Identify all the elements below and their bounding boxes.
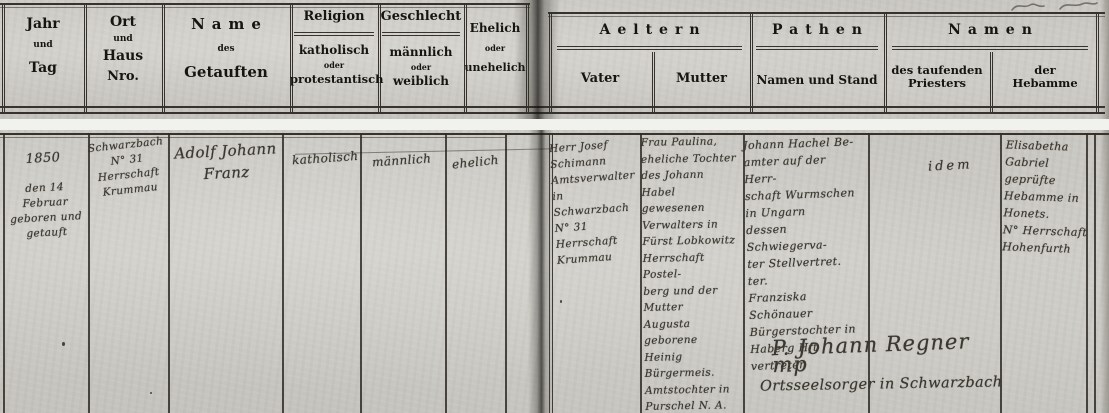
header-col-jahr-tag: Jahr und Tag	[2, 0, 84, 119]
header-label-tag: Tag	[2, 60, 84, 76]
header-label-maennlich: männlich	[378, 46, 464, 60]
priest-signature-line1: P. Johann Regner mp	[771, 332, 1012, 373]
header-rule-aeltern	[557, 46, 742, 50]
cell-mutter: Frau Paulina, eheliche Tochter des Johan…	[641, 133, 744, 413]
ink-speck-2	[560, 300, 562, 303]
header-label-vater: Vater	[549, 72, 651, 87]
header-rule-religion	[294, 32, 374, 36]
header-label-name: Name	[162, 16, 290, 33]
header-col-ort-haus: Ort und Haus Nro.	[84, 0, 162, 119]
cell-ehelich: ehelich	[451, 151, 502, 173]
baptism-register-scan: Jahr und Tag Ort und Haus Nro. Name des …	[0, 0, 1109, 413]
header-label-katholisch: katholisch	[290, 44, 378, 58]
header-label-hebamme: der Hebamme	[994, 64, 1096, 90]
book-fold-gutter-header	[514, 0, 560, 119]
record-line-2	[168, 133, 170, 413]
record-top-rule	[0, 133, 1109, 135]
header-label-jahr: Jahr	[2, 16, 84, 32]
header-label-taufender-priester: des taufenden Priesters	[884, 64, 990, 90]
book-fold-gutter-body	[528, 130, 554, 413]
record-strip: 1850 den 14 Februar geboren und getauft …	[0, 130, 1109, 413]
record-line-left-page-edge	[505, 133, 507, 413]
cell-jahr-tag: 1850 den 14 Februar geboren und getauft	[3, 134, 87, 258]
cell-ort-haus: Schwarzbach N° 31 Herrschaft Krummau	[87, 134, 169, 202]
header-label-und-1: und	[2, 40, 84, 50]
cell-religion: katholisch	[292, 148, 363, 169]
record-year: 1850	[4, 149, 83, 168]
cell-name-des-getauften: Adolf Johann Franz	[169, 137, 283, 187]
ink-speck-1	[62, 342, 65, 346]
header-label-protestantisch: protestantisch	[290, 73, 378, 86]
header-sep-right-edge	[1096, 12, 1099, 114]
page-right-edge-header	[1100, 0, 1109, 119]
record-line-1	[88, 133, 90, 413]
header-label-namen: Namen	[884, 22, 1096, 38]
header-rule-pathen	[756, 46, 878, 50]
record-line-8	[868, 133, 870, 413]
header-label-des: des	[162, 44, 290, 54]
header-col-name-getauften: Name des Getauften	[162, 0, 290, 119]
record-line-4	[360, 133, 362, 413]
header-label-namen-und-stand: Namen und Stand	[750, 74, 884, 88]
header-label-ort: Ort	[84, 14, 162, 30]
header-label-pathen: Pathen	[750, 22, 884, 38]
header-label-geschlecht: Geschlecht	[378, 10, 464, 25]
header-label-oder-2: oder	[378, 63, 464, 72]
cell-hebamme: Elisabetha Gabriel geprüfte Hebamme in H…	[1002, 136, 1104, 258]
header-label-haus: Haus	[84, 48, 162, 64]
record-line-9	[1000, 133, 1002, 413]
record-date-lines: den 14 Februar geboren und getauft	[5, 179, 86, 243]
header-label-mutter: Mutter	[653, 72, 750, 87]
header-label-und-2: und	[84, 34, 162, 44]
page-right-edge-body	[1100, 130, 1109, 413]
header-label-religion: Religion	[290, 10, 378, 25]
header-col-aeltern: Aeltern Vater Mutter	[549, 0, 750, 119]
cell-vater: Herr Josef Schimann Amtsverwalter in Sch…	[549, 135, 644, 269]
header-label-oder-1: oder	[290, 61, 378, 70]
header-rule-geschlecht	[382, 32, 460, 36]
header-label-weiblich: weiblich	[378, 75, 464, 89]
header-col-geschlecht: Geschlecht männlich oder weiblich	[378, 0, 464, 119]
header-col-namen: Namen des taufenden Priesters der Hebamm…	[884, 0, 1096, 119]
header-rule-namen	[892, 46, 1088, 50]
priest-signature-line2: Ortsseelsorger in Schwarzbach	[760, 373, 1060, 395]
header-label-aeltern: Aeltern	[549, 22, 750, 38]
record-line-5	[445, 133, 447, 413]
header-label-getauften: Getauften	[162, 64, 290, 81]
cell-priester: idem	[928, 156, 993, 176]
header-label-nro: Nro.	[84, 70, 162, 85]
ink-speck-3	[150, 392, 152, 394]
header-col-religion: Religion katholisch oder protestantisch	[290, 0, 378, 119]
cell-geschlecht: männlich	[372, 150, 443, 171]
header-strip: Jahr und Tag Ort und Haus Nro. Name des …	[0, 0, 1109, 119]
folio-corner-mark	[1008, 0, 1100, 13]
header-col-pathen: Pathen Namen und Stand	[750, 0, 884, 119]
